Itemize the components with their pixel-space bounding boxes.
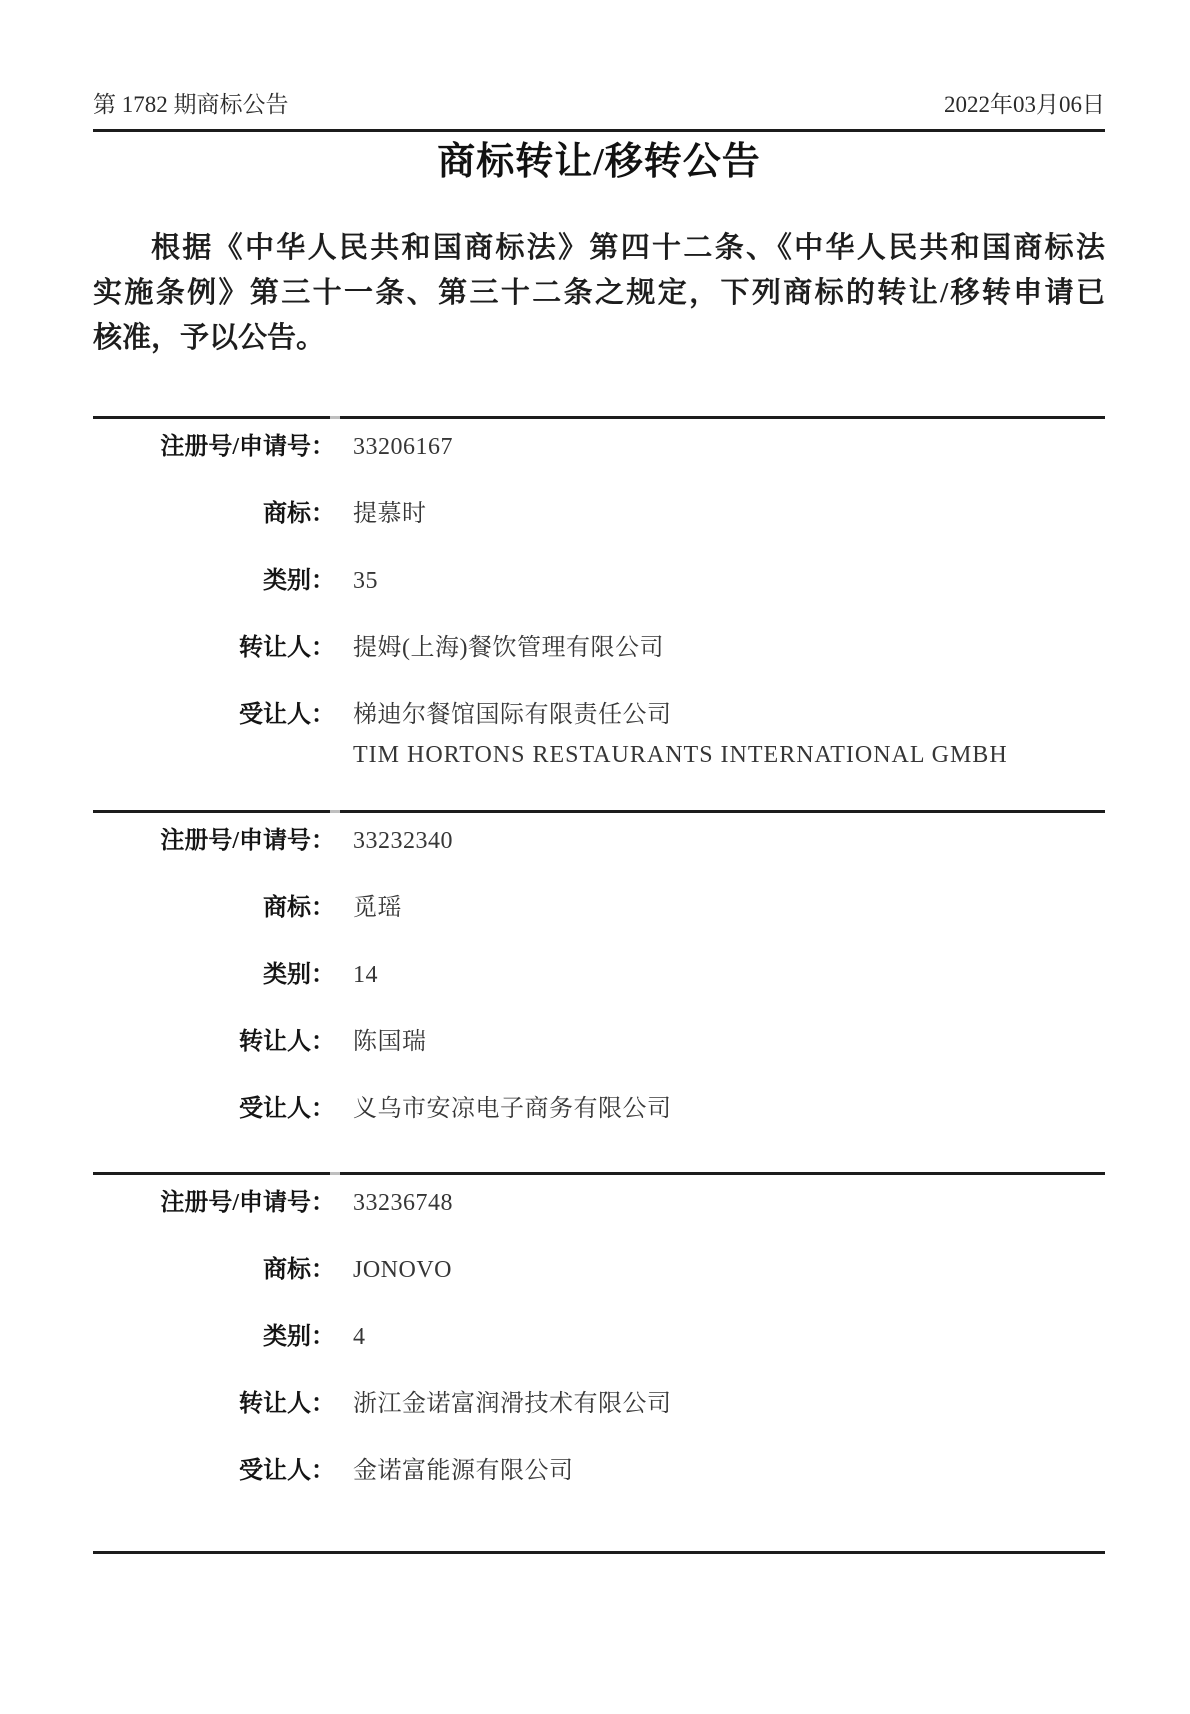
field-label: 受让人： [93,1095,335,1123]
trademark-record: 注册号/申请号： 33232340 商标： 觅瑶 类别： 14 转让人： 陈国瑞… [93,810,1105,1162]
field-row-trademark: 商标： JONOVO [93,1256,1105,1284]
divider-gap [330,416,340,419]
field-value: 陈国瑞 [353,1028,427,1056]
intro-line: 根据《中华人民共和国商标法》第四十二条、《中华人民共和国商标法 [93,226,1105,271]
divider-gap [330,1172,340,1175]
field-label: 转让人： [93,1028,335,1056]
field-row-assignor: 转让人： 浙江金诺富润滑技术有限公司 [93,1390,1105,1418]
field-row-trademark: 商标： 觅瑶 [93,894,1105,922]
field-label: 转让人： [93,634,335,662]
field-value: 提慕时 [353,500,427,528]
field-value: 33236748 [353,1189,453,1217]
divider-gap [330,810,340,813]
trademark-record: 注册号/申请号： 33236748 商标： JONOVO 类别： 4 转让人： … [93,1172,1105,1524]
field-row-assignor: 转让人： 陈国瑞 [93,1028,1105,1056]
field-value: JONOVO [353,1256,452,1284]
field-value: 33206167 [353,433,453,461]
field-row-regno: 注册号/申请号： 33232340 [93,827,1105,855]
field-value: 14 [353,961,378,989]
field-label: 受让人： [93,1457,335,1485]
field-row-class: 类别： 4 [93,1323,1105,1351]
page-title: 商标转让/移转公告 [93,138,1105,186]
page-header: 第 1782 期商标公告 2022年03月06日 [93,86,1105,119]
trademark-record: 注册号/申请号： 33206167 商标： 提慕时 类别： 35 转让人： 提姆… [93,416,1105,808]
intro-line: 实施条例》第三十一条、第三十二条之规定，下列商标的转让/移转申请已 [93,271,1105,316]
field-row-class: 类别： 14 [93,961,1105,989]
field-row-regno: 注册号/申请号： 33236748 [93,1189,1105,1217]
intro-line: 核准，予以公告。 [93,316,1105,361]
intro-paragraph: 根据《中华人民共和国商标法》第四十二条、《中华人民共和国商标法 实施条例》第三十… [93,226,1105,361]
field-value: 提姆(上海)餐饮管理有限公司 [353,634,664,662]
field-label: 类别： [93,1323,335,1351]
field-value: 4 [353,1323,366,1351]
field-value: 33232340 [353,827,453,855]
assignee-name-en: TIM HORTONS RESTAURANTS INTERNATIONAL GM… [353,741,1008,769]
record-divider [93,1172,1105,1175]
field-label: 类别： [93,961,335,989]
field-row-trademark: 商标： 提慕时 [93,500,1105,528]
field-label: 注册号/申请号： [93,433,335,461]
field-row-regno: 注册号/申请号： 33206167 [93,433,1105,461]
field-row-class: 类别： 35 [93,567,1105,595]
field-value: 浙江金诺富润滑技术有限公司 [353,1390,672,1418]
gazette-issue-label: 第 1782 期商标公告 [93,86,289,119]
field-value: 义乌市安凉电子商务有限公司 [353,1095,672,1123]
field-row-assignee: 受让人： 义乌市安凉电子商务有限公司 [93,1095,1105,1123]
field-value: 觅瑶 [353,894,402,922]
field-label: 转让人： [93,1390,335,1418]
bottom-divider [93,1551,1105,1554]
field-value: 金诺富能源有限公司 [353,1457,574,1485]
field-value: 35 [353,567,378,595]
field-label: 类别： [93,567,335,595]
field-value: 梯迪尔餐馆国际有限责任公司 TIM HORTONS RESTAURANTS IN… [353,701,1008,769]
field-label: 受让人： [93,701,335,729]
record-divider [93,416,1105,419]
field-label: 注册号/申请号： [93,1189,335,1217]
field-row-assignee: 受让人： 梯迪尔餐馆国际有限责任公司 TIM HORTONS RESTAURAN… [93,701,1105,769]
field-label: 商标： [93,500,335,528]
field-row-assignee: 受让人： 金诺富能源有限公司 [93,1457,1105,1485]
gazette-date-label: 2022年03月06日 [944,86,1105,119]
assignee-name-cn: 梯迪尔餐馆国际有限责任公司 [353,701,1008,729]
field-label: 注册号/申请号： [93,827,335,855]
header-divider [93,129,1105,132]
field-row-assignor: 转让人： 提姆(上海)餐饮管理有限公司 [93,634,1105,662]
field-label: 商标： [93,1256,335,1284]
field-label: 商标： [93,894,335,922]
record-divider [93,810,1105,813]
